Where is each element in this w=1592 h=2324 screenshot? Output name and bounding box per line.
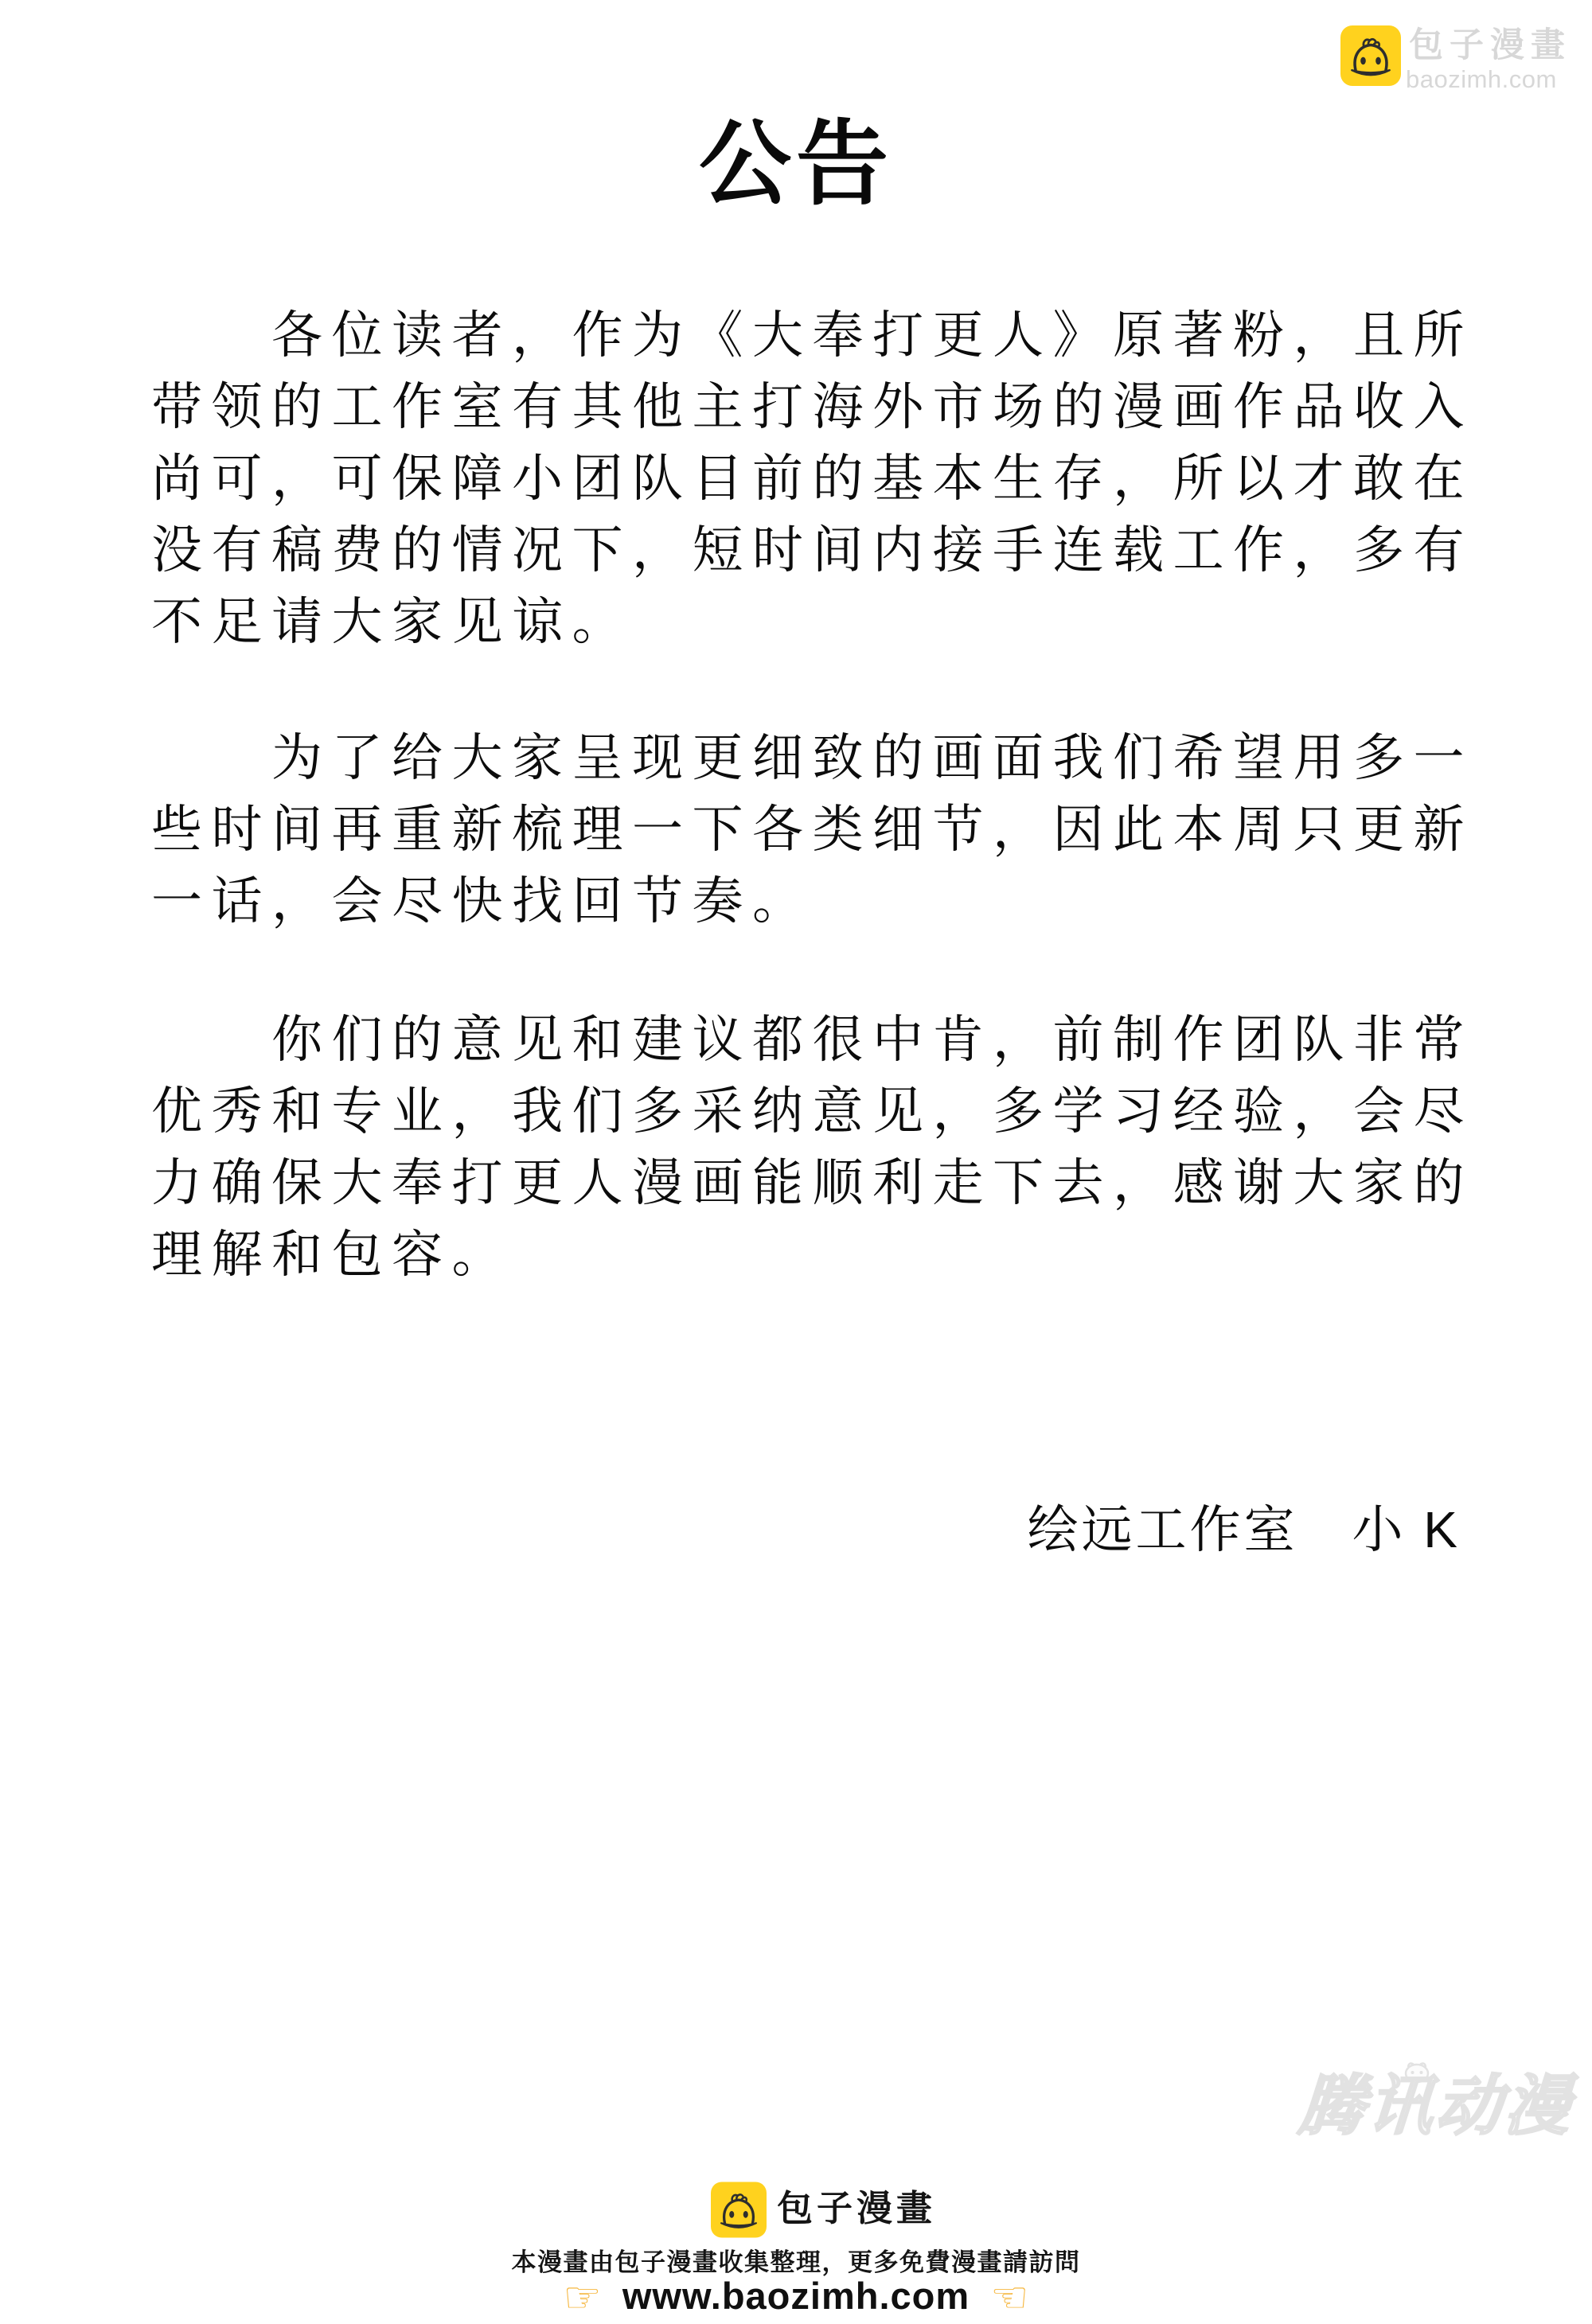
- paragraph-3: 你们的意见和建议都很中肯，前制作团队非常 优秀和专业，我们多采纳意见，多学习经验…: [151, 1004, 1481, 1290]
- text-line: 尚可，可保障小团队目前的基本生存，所以才敢在: [151, 443, 1481, 514]
- footer-brand-name: 包子漫畫: [777, 2190, 936, 2226]
- signature: 绘远工作室 小 K: [1028, 1494, 1461, 1566]
- text-line: 没有稿费的情况下，短时间内接手连载工作，多有: [151, 514, 1481, 586]
- footer-url-row: ☞www.baozimh.com☜: [0, 2273, 1592, 2322]
- site-brand-name: 包子漫畫: [1409, 29, 1571, 63]
- baozi-bun-icon: [1340, 25, 1401, 87]
- text-line: 你们的意见和建议都很中肯，前制作团队非常: [151, 1004, 1481, 1075]
- paragraph-2: 为了给大家呈现更细致的画面我们希望用多一 些时间再重新梳理一下各类细节，因此本周…: [151, 722, 1481, 937]
- page-title: 公告: [0, 116, 1592, 213]
- baozi-bun-icon: [711, 2181, 767, 2239]
- footer-url: www.baozimh.com: [622, 2275, 970, 2317]
- pointing-left-hand-icon: ☜: [990, 2274, 1028, 2322]
- text-line: 一话，会尽快找回节奏。: [151, 865, 1481, 937]
- site-domain: baozimh.com: [1406, 67, 1557, 92]
- paragraph-1: 各位读者，作为《大奉打更人》原著粉，且所 带领的工作室有其他主打海外市场的漫画作…: [151, 299, 1481, 657]
- tencent-anime-watermark: 腾讯动漫: [1297, 2074, 1575, 2139]
- pointing-right-hand-icon: ☞: [563, 2274, 601, 2322]
- text-line: 理解和包容。: [151, 1219, 1481, 1290]
- text-line: 些时间再重新梳理一下各类细节，因此本周只更新: [151, 794, 1481, 865]
- text-line: 各位读者，作为《大奉打更人》原著粉，且所: [151, 299, 1481, 371]
- announcement-page: 包子漫畫 baozimh.com 公告 各位读者，作为《大奉打更人》原著粉，且所…: [0, 0, 1592, 2324]
- text-line: 带领的工作室有其他主打海外市场的漫画作品收入: [151, 371, 1481, 443]
- text-line: 不足请大家见谅。: [151, 586, 1481, 657]
- text-line: 为了给大家呈现更细致的画面我们希望用多一: [151, 722, 1481, 794]
- text-line: 力确保大奉打更人漫画能顺利走下去，感谢大家的: [151, 1147, 1481, 1219]
- text-line: 优秀和专业，我们多采纳意见，多学习经验，会尽: [151, 1075, 1481, 1147]
- footer-tagline: 本漫畫由包子漫畫收集整理，更多免費漫畫請訪問: [0, 2249, 1592, 2276]
